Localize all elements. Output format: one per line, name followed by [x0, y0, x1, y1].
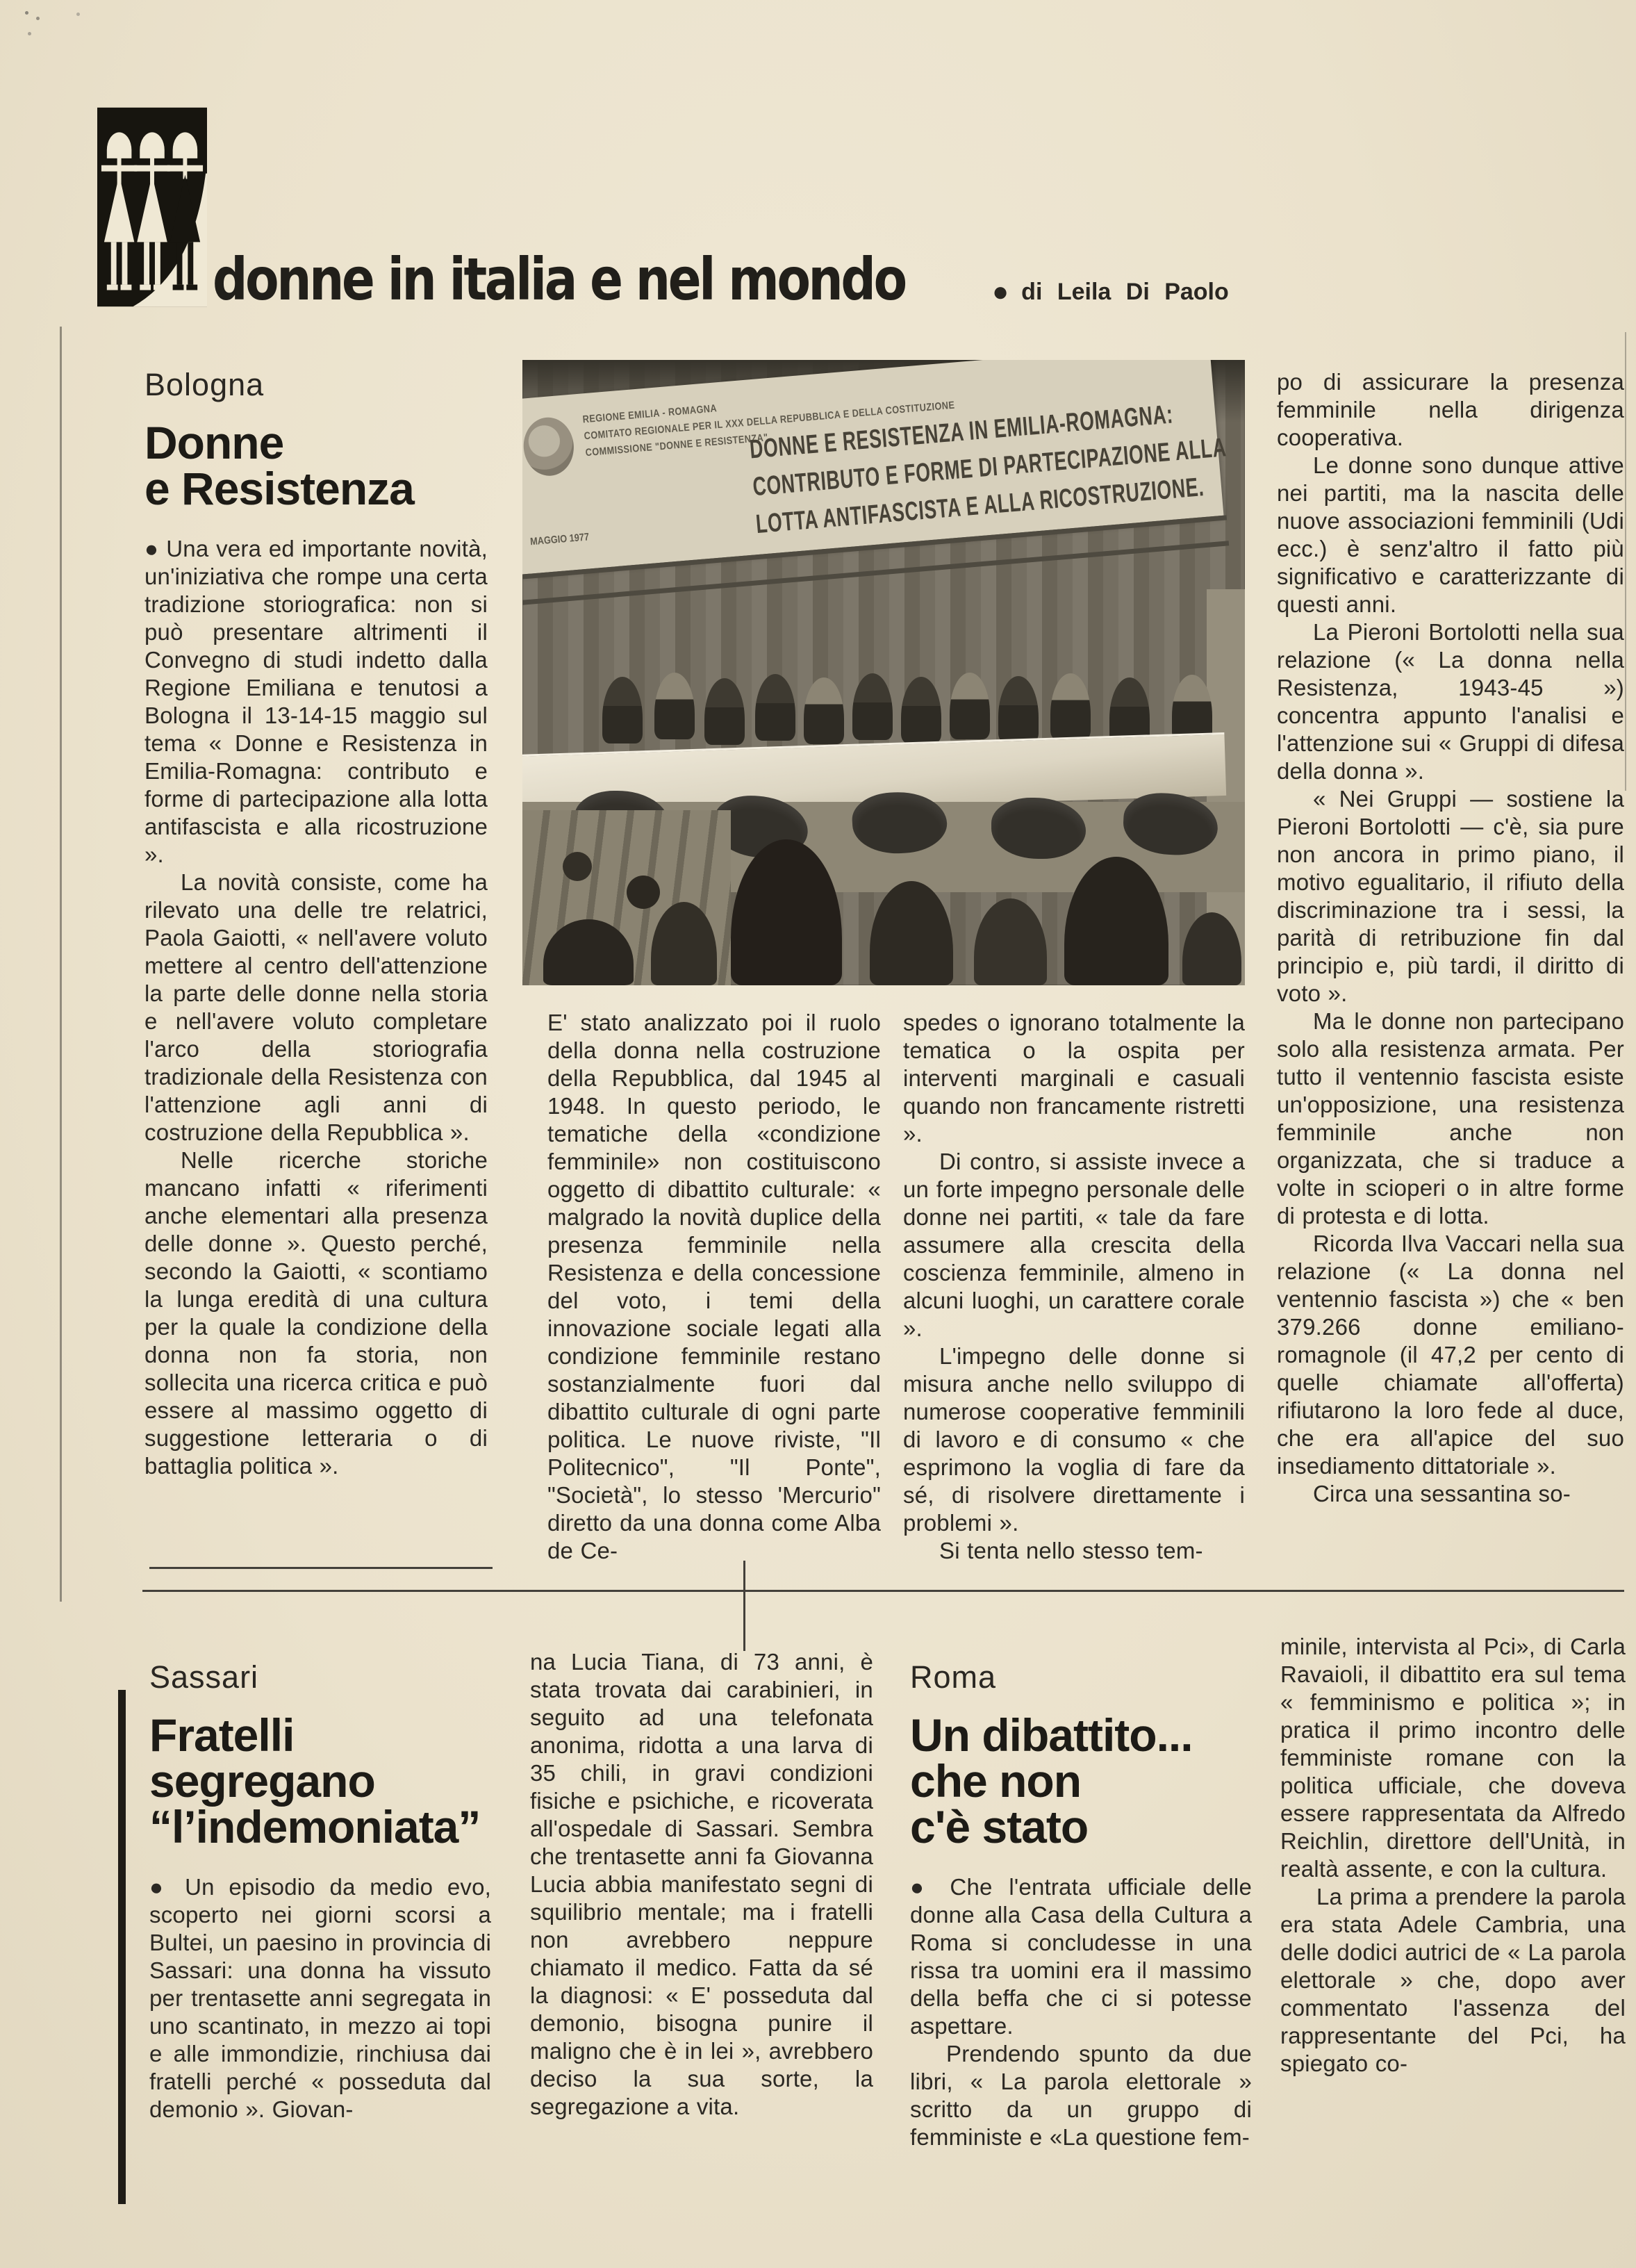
speaker-head — [998, 676, 1039, 743]
article-headline: Fratelli segregano “l’indemoniata” — [149, 1712, 491, 1850]
audience-person — [974, 898, 1047, 985]
article-paragraph: La prima a prendere la parola era stata … — [1280, 1883, 1626, 2078]
speaker-head — [704, 678, 745, 745]
speaker-head — [1172, 675, 1212, 741]
section-divider-tick — [743, 1561, 745, 1651]
audience-person — [563, 852, 592, 881]
article-paragraph: minile, intervista al Pci», di Carla Rav… — [1280, 1633, 1626, 1883]
magazine-page: donne in italia e nel mondo ●di Leila Di… — [0, 0, 1636, 2268]
article-paragraph: Ricorda Ilva Vaccari nella sua relazione… — [1277, 1230, 1624, 1480]
article-paragraph: spedes o ignorano totalmente la tematica… — [903, 1009, 1245, 1148]
pencil-marks — [25, 11, 28, 15]
article-bologna-column-2: E' stato analizzato poi il ruolo della d… — [547, 1009, 881, 1565]
article-paragraph: ● Un episodio da medio evo, scoperto nei… — [149, 1873, 491, 2123]
article-paragraph: La novità consiste, come ha rilevato una… — [144, 869, 488, 1147]
article-paragraph: La Pieroni Bortolotti nella sua relazion… — [1277, 618, 1624, 785]
audience-person — [627, 876, 660, 909]
audience-foreground — [522, 822, 1245, 985]
article-bologna: Bologna Donne e Resistenza ● Una vera ed… — [144, 367, 488, 1480]
article-bologna-column-4: po di assicurare la presenza femminile n… — [1277, 368, 1624, 1508]
speaker-head — [602, 677, 643, 743]
byline-text: di Leila Di Paolo — [1021, 279, 1229, 305]
article-sassari-column-2: na Lucia Tiana, di 73 anni, è stata trov… — [530, 1648, 873, 2121]
article-paragraph: Le donne sono dunque attive nei partiti,… — [1277, 452, 1624, 618]
speaker-head — [654, 673, 695, 739]
banner-date: MAGGIO 1977 — [529, 531, 589, 548]
audience-person — [1064, 857, 1168, 985]
section-divider-rule — [142, 1590, 1624, 1592]
bullet-icon: ● — [992, 277, 1009, 307]
byline: ●di Leila Di Paolo — [992, 277, 1229, 308]
audience-person — [1182, 912, 1241, 985]
column-divider-rule — [149, 1567, 493, 1569]
article-paragraph: na Lucia Tiana, di 73 anni, è stata trov… — [530, 1648, 873, 2121]
article-bologna-column-3: spedes o ignorano totalmente la tematica… — [903, 1009, 1245, 1565]
article-paragraph: ● Una vera ed importante novità, un'iniz… — [144, 535, 488, 869]
article-paragraph: Di contro, si assiste invece a un forte … — [903, 1148, 1245, 1342]
left-frame-rule — [60, 327, 62, 1602]
article-roma: Roma Un dibattito... che non c'è stato ●… — [910, 1659, 1252, 2151]
article-paragraph: « Nei Gruppi — sostiene la Pieroni Borto… — [1277, 785, 1624, 1008]
speaker-head — [852, 673, 893, 740]
article-paragraph: Ma le donne non partecipano solo alla re… — [1277, 1008, 1624, 1230]
bottom-left-bar — [118, 1690, 126, 2204]
speaker-head — [804, 677, 844, 744]
section-title: donne in italia e nel mondo — [213, 250, 905, 309]
conference-photo: REGIONE EMILIA - ROMAGNA COMITATO REGION… — [522, 360, 1245, 985]
article-paragraph: L'impegno delle donne si misura anche ne… — [903, 1342, 1245, 1537]
speaker-head — [1050, 673, 1091, 740]
article-paragraph: E' stato analizzato poi il ruolo della d… — [547, 1009, 881, 1565]
right-frame-rule — [1625, 332, 1626, 791]
article-paragraph: Prendendo spunto da due libri, « La paro… — [910, 2040, 1252, 2151]
audience-person — [543, 919, 634, 985]
three-women-pictogram-logo — [97, 106, 207, 308]
speaker-head — [755, 674, 795, 741]
article-paragraph: ● Che l'entrata ufficiale delle donne al… — [910, 1873, 1252, 2040]
article-sassari: Sassari Fratelli segregano “l’indemoniat… — [149, 1659, 491, 2123]
article-paragraph: Circa una sessantina so- — [1277, 1480, 1624, 1508]
article-headline: Un dibattito... che non c'è stato — [910, 1712, 1252, 1850]
speaker-head — [901, 677, 941, 743]
banner-emblem-icon — [522, 416, 576, 478]
location-label: Bologna — [144, 367, 488, 403]
audience-person — [651, 902, 717, 985]
article-paragraph: Si tenta nello stesso tem- — [903, 1537, 1245, 1565]
conference-banner: REGIONE EMILIA - ROMAGNA COMITATO REGION… — [522, 360, 1224, 575]
location-label: Sassari — [149, 1659, 491, 1695]
location-label: Roma — [910, 1659, 1252, 1695]
article-paragraph: Nelle ricerche storiche mancano infatti … — [144, 1147, 488, 1480]
audience-person — [870, 881, 953, 985]
audience-person — [731, 839, 842, 985]
article-headline: Donne e Resistenza — [144, 420, 488, 511]
article-roma-column-2: minile, intervista al Pci», di Carla Rav… — [1280, 1633, 1626, 2078]
speaker-head — [950, 673, 990, 739]
article-paragraph: po di assicurare la presenza femminile n… — [1277, 368, 1624, 452]
